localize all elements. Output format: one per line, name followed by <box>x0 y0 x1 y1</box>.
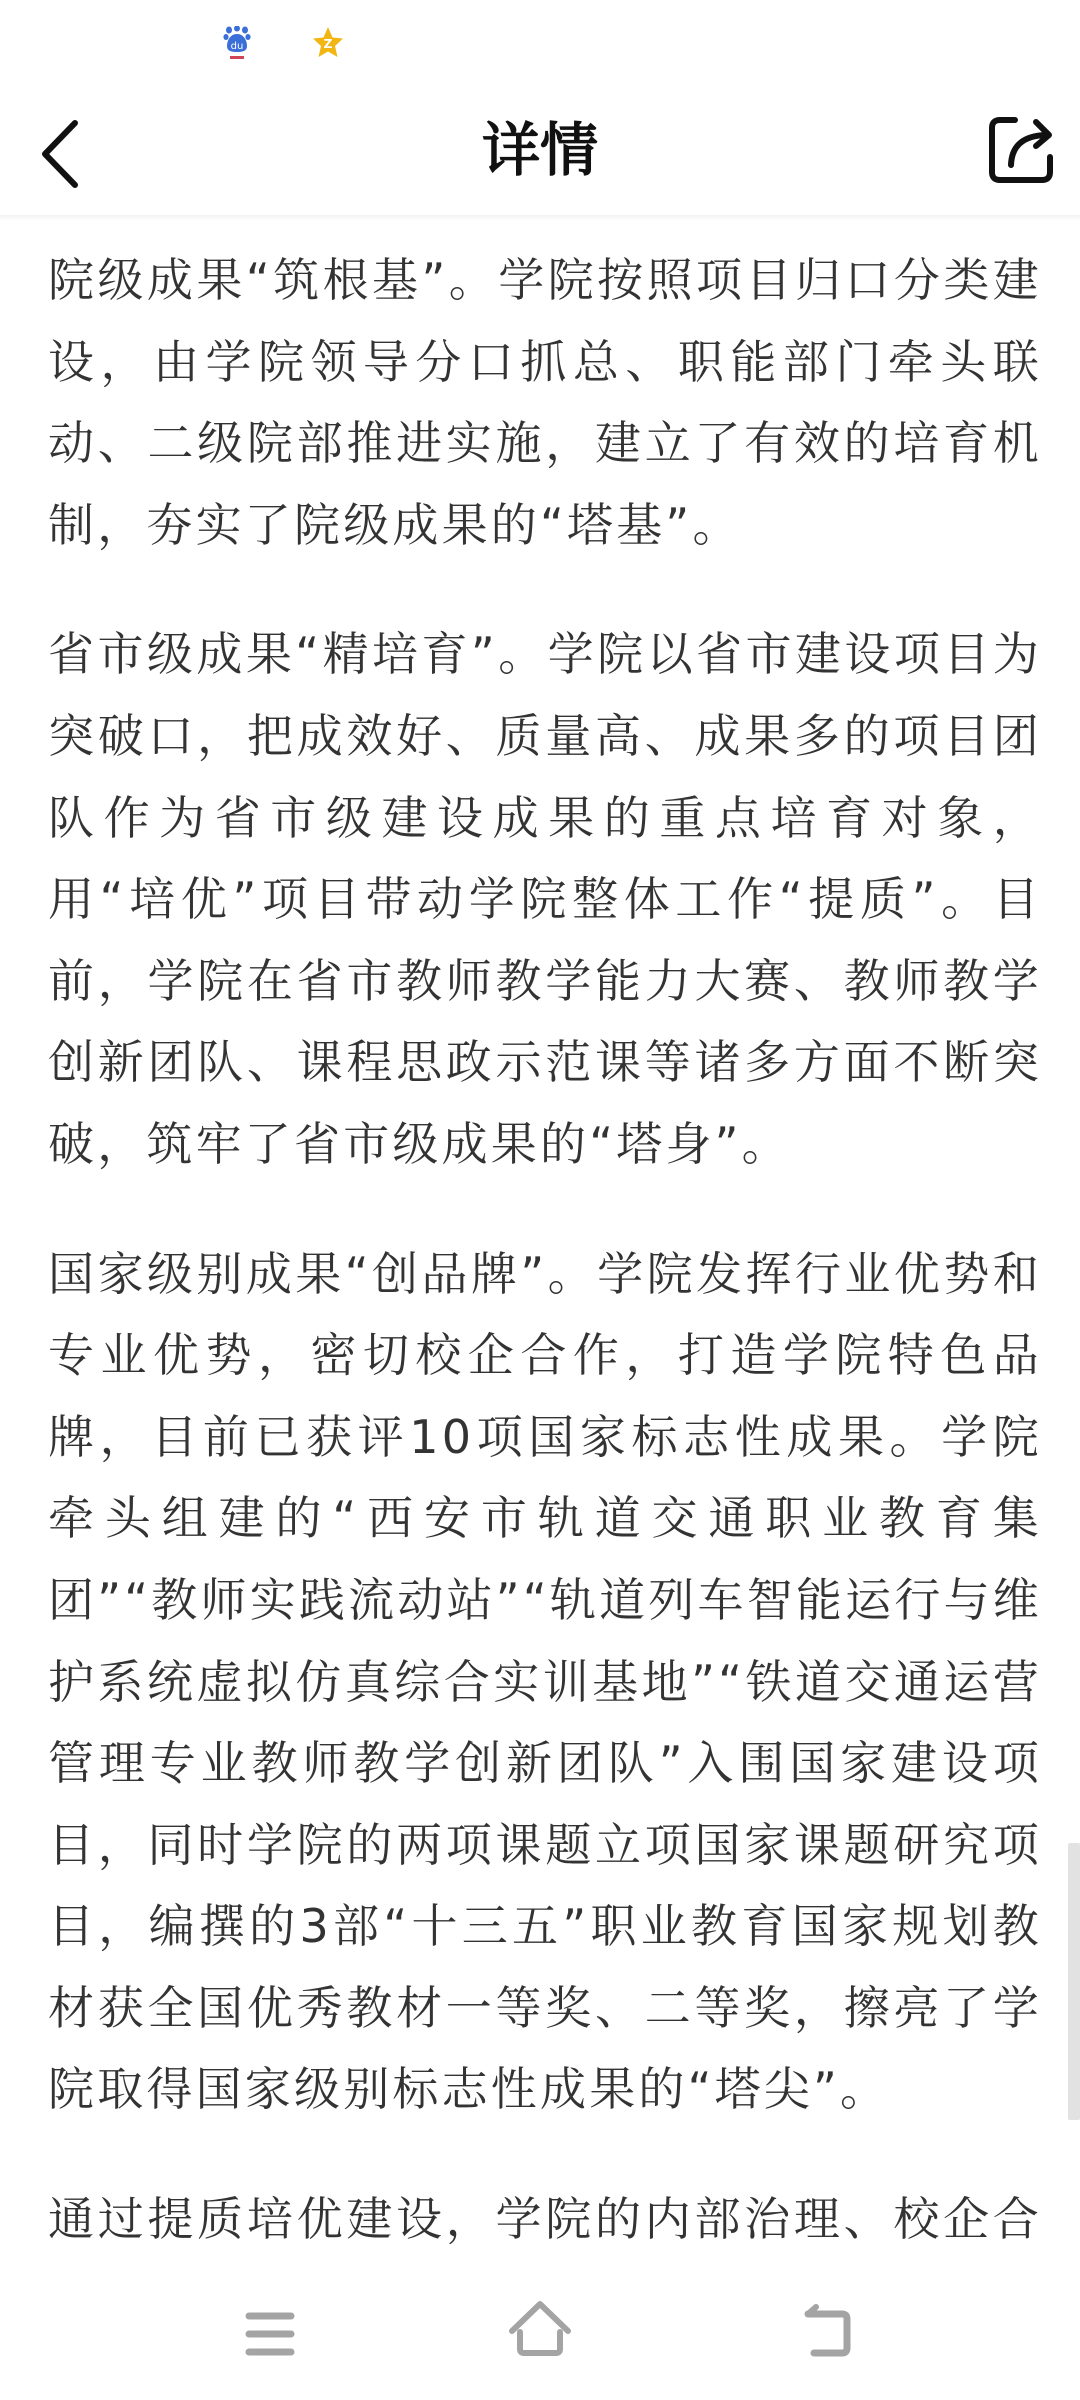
menu-icon <box>225 2355 315 2374</box>
back-icon <box>780 2355 870 2374</box>
article-paragraph: 国家级别成果“创品牌”。学院发挥行业优势和专业优势，密切校企合作，打造学院特色品… <box>48 1234 1042 2132</box>
system-navigation-bar <box>0 2275 1080 2400</box>
article-scroll-area[interactable]: 院级成果“筑根基”。学院按照项目归口分类建设，由学院领导分口抓总、职能部门牵头联… <box>0 221 1080 2275</box>
share-button[interactable] <box>980 108 1060 188</box>
article-paragraph: 院级成果“筑根基”。学院按照项目归口分类建设，由学院领导分口抓总、职能部门牵头联… <box>48 240 1042 566</box>
svg-text:du: du <box>231 41 244 52</box>
scrollbar-thumb[interactable] <box>1068 1843 1080 2120</box>
home-icon <box>495 2355 585 2374</box>
back-nav-button[interactable] <box>780 2300 870 2370</box>
status-bar: du Z <box>0 0 1080 90</box>
svg-text:Z: Z <box>324 37 333 51</box>
article-paragraph: 省市级成果“精培育”。学院以省市建设项目为突破口，把成效好、质量高、成果多的项目… <box>48 614 1042 1185</box>
top-app-bar: 详情 <box>0 90 1080 215</box>
article-body: 院级成果“筑根基”。学院按照项目归口分类建设，由学院领导分口抓总、职能部门牵头联… <box>0 221 1080 2275</box>
baidu-paw-icon: du <box>222 26 252 60</box>
qzone-star-icon: Z <box>312 26 342 60</box>
home-button[interactable] <box>495 2300 585 2370</box>
page-title: 详情 <box>0 112 1080 188</box>
share-icon <box>980 173 1060 192</box>
recents-button[interactable] <box>225 2300 315 2370</box>
article-paragraph: 通过提质培优建设，学院的内部治理、校企合作、教育教学质量提升、职教特色品牌建设都 <box>48 2179 1042 2275</box>
